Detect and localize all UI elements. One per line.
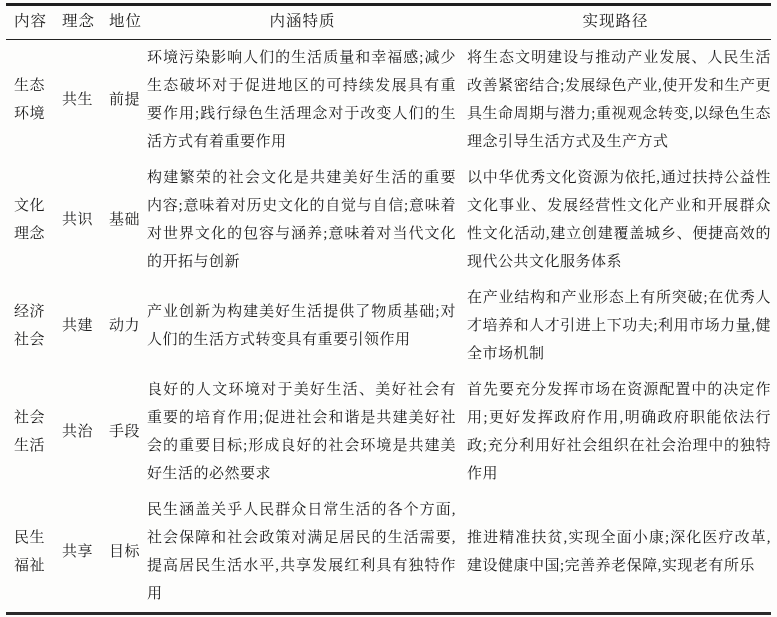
cell-content: 经济社会: [6, 280, 51, 372]
cell-concept: 共生: [51, 40, 97, 161]
column-header-content: 内容: [6, 5, 51, 40]
cell-connotation: 产业创新为构建美好生活提供了物质基础;对人们的生活方式转变具有重要引领作用: [145, 280, 460, 372]
cell-path: 以中华优秀文化资源为依托,通过扶持公益性文化事业、发展经营性文化产业和开展群众性…: [460, 160, 771, 280]
cell-concept: 共建: [51, 280, 97, 372]
cell-connotation: 良好的人文环境对于美好生活、美好社会有重要的培育作用;促进社会和谐是共建美好社会…: [145, 372, 460, 492]
column-header-concept: 理念: [51, 5, 97, 40]
cell-path: 推进精准扶贫,实现全面小康;深化医疗改革,建设健康中国;完善养老保障,实现老有所…: [460, 492, 771, 614]
cell-status: 前提: [97, 40, 145, 161]
table-row-culture: 文化理念 共识 基础 构建繁荣的社会文化是共建美好生活的重要内容;意味着对历史文…: [6, 160, 771, 280]
cell-connotation: 环境污染影响人们的生活质量和幸福感;减少生态破坏对于促进地区的可持续发展具有重要…: [145, 40, 460, 161]
cell-status: 目标: [97, 492, 145, 614]
column-header-connotation: 内涵特质: [145, 5, 460, 40]
beautiful-life-concepts-table: 内容 理念 地位 内涵特质 实现路径 生态环境 共生 前提 环境污染影响人们的生…: [6, 3, 771, 615]
cell-path: 首先要充分发挥市场在资源配置中的决定作用;更好发挥政府作用,明确政府职能依法行政…: [460, 372, 771, 492]
paper-table-page: 内容 理念 地位 内涵特质 实现路径 生态环境 共生 前提 环境污染影响人们的生…: [0, 0, 777, 617]
cell-concept: 共享: [51, 492, 97, 614]
cell-status: 基础: [97, 160, 145, 280]
cell-concept: 共治: [51, 372, 97, 492]
column-header-status: 地位: [97, 5, 145, 40]
cell-path: 将生态文明建设与推动产业发展、人民生活改善紧密结合;发展绿色产业,使开发和生产更…: [460, 40, 771, 161]
cell-concept: 共识: [51, 160, 97, 280]
cell-content: 文化理念: [6, 160, 51, 280]
table-row-economy: 经济社会 共建 动力 产业创新为构建美好生活提供了物质基础;对人们的生活方式转变…: [6, 280, 771, 372]
cell-status: 手段: [97, 372, 145, 492]
cell-content: 生态环境: [6, 40, 51, 161]
header-row: 内容 理念 地位 内涵特质 实现路径: [6, 5, 771, 40]
table-row-livelihood: 民生福祉 共享 目标 民生涵盖关乎人民群众日常生活的各个方面,社会保障和社会政策…: [6, 492, 771, 614]
cell-path: 在产业结构和产业形态上有所突破;在优秀人才培养和人才引进上下功夫;利用市场力量,…: [460, 280, 771, 372]
table-row-social-life: 社会生活 共治 手段 良好的人文环境对于美好生活、美好社会有重要的培育作用;促进…: [6, 372, 771, 492]
cell-connotation: 民生涵盖关乎人民群众日常生活的各个方面,社会保障和社会政策对满足居民的生活需要,…: [145, 492, 460, 614]
table-row-ecology: 生态环境 共生 前提 环境污染影响人们的生活质量和幸福感;减少生态破坏对于促进地…: [6, 40, 771, 161]
column-header-path: 实现路径: [460, 5, 771, 40]
cell-content: 民生福祉: [6, 492, 51, 614]
cell-connotation: 构建繁荣的社会文化是共建美好生活的重要内容;意味着对历史文化的自觉与自信;意味着…: [145, 160, 460, 280]
cell-content: 社会生活: [6, 372, 51, 492]
cell-status: 动力: [97, 280, 145, 372]
